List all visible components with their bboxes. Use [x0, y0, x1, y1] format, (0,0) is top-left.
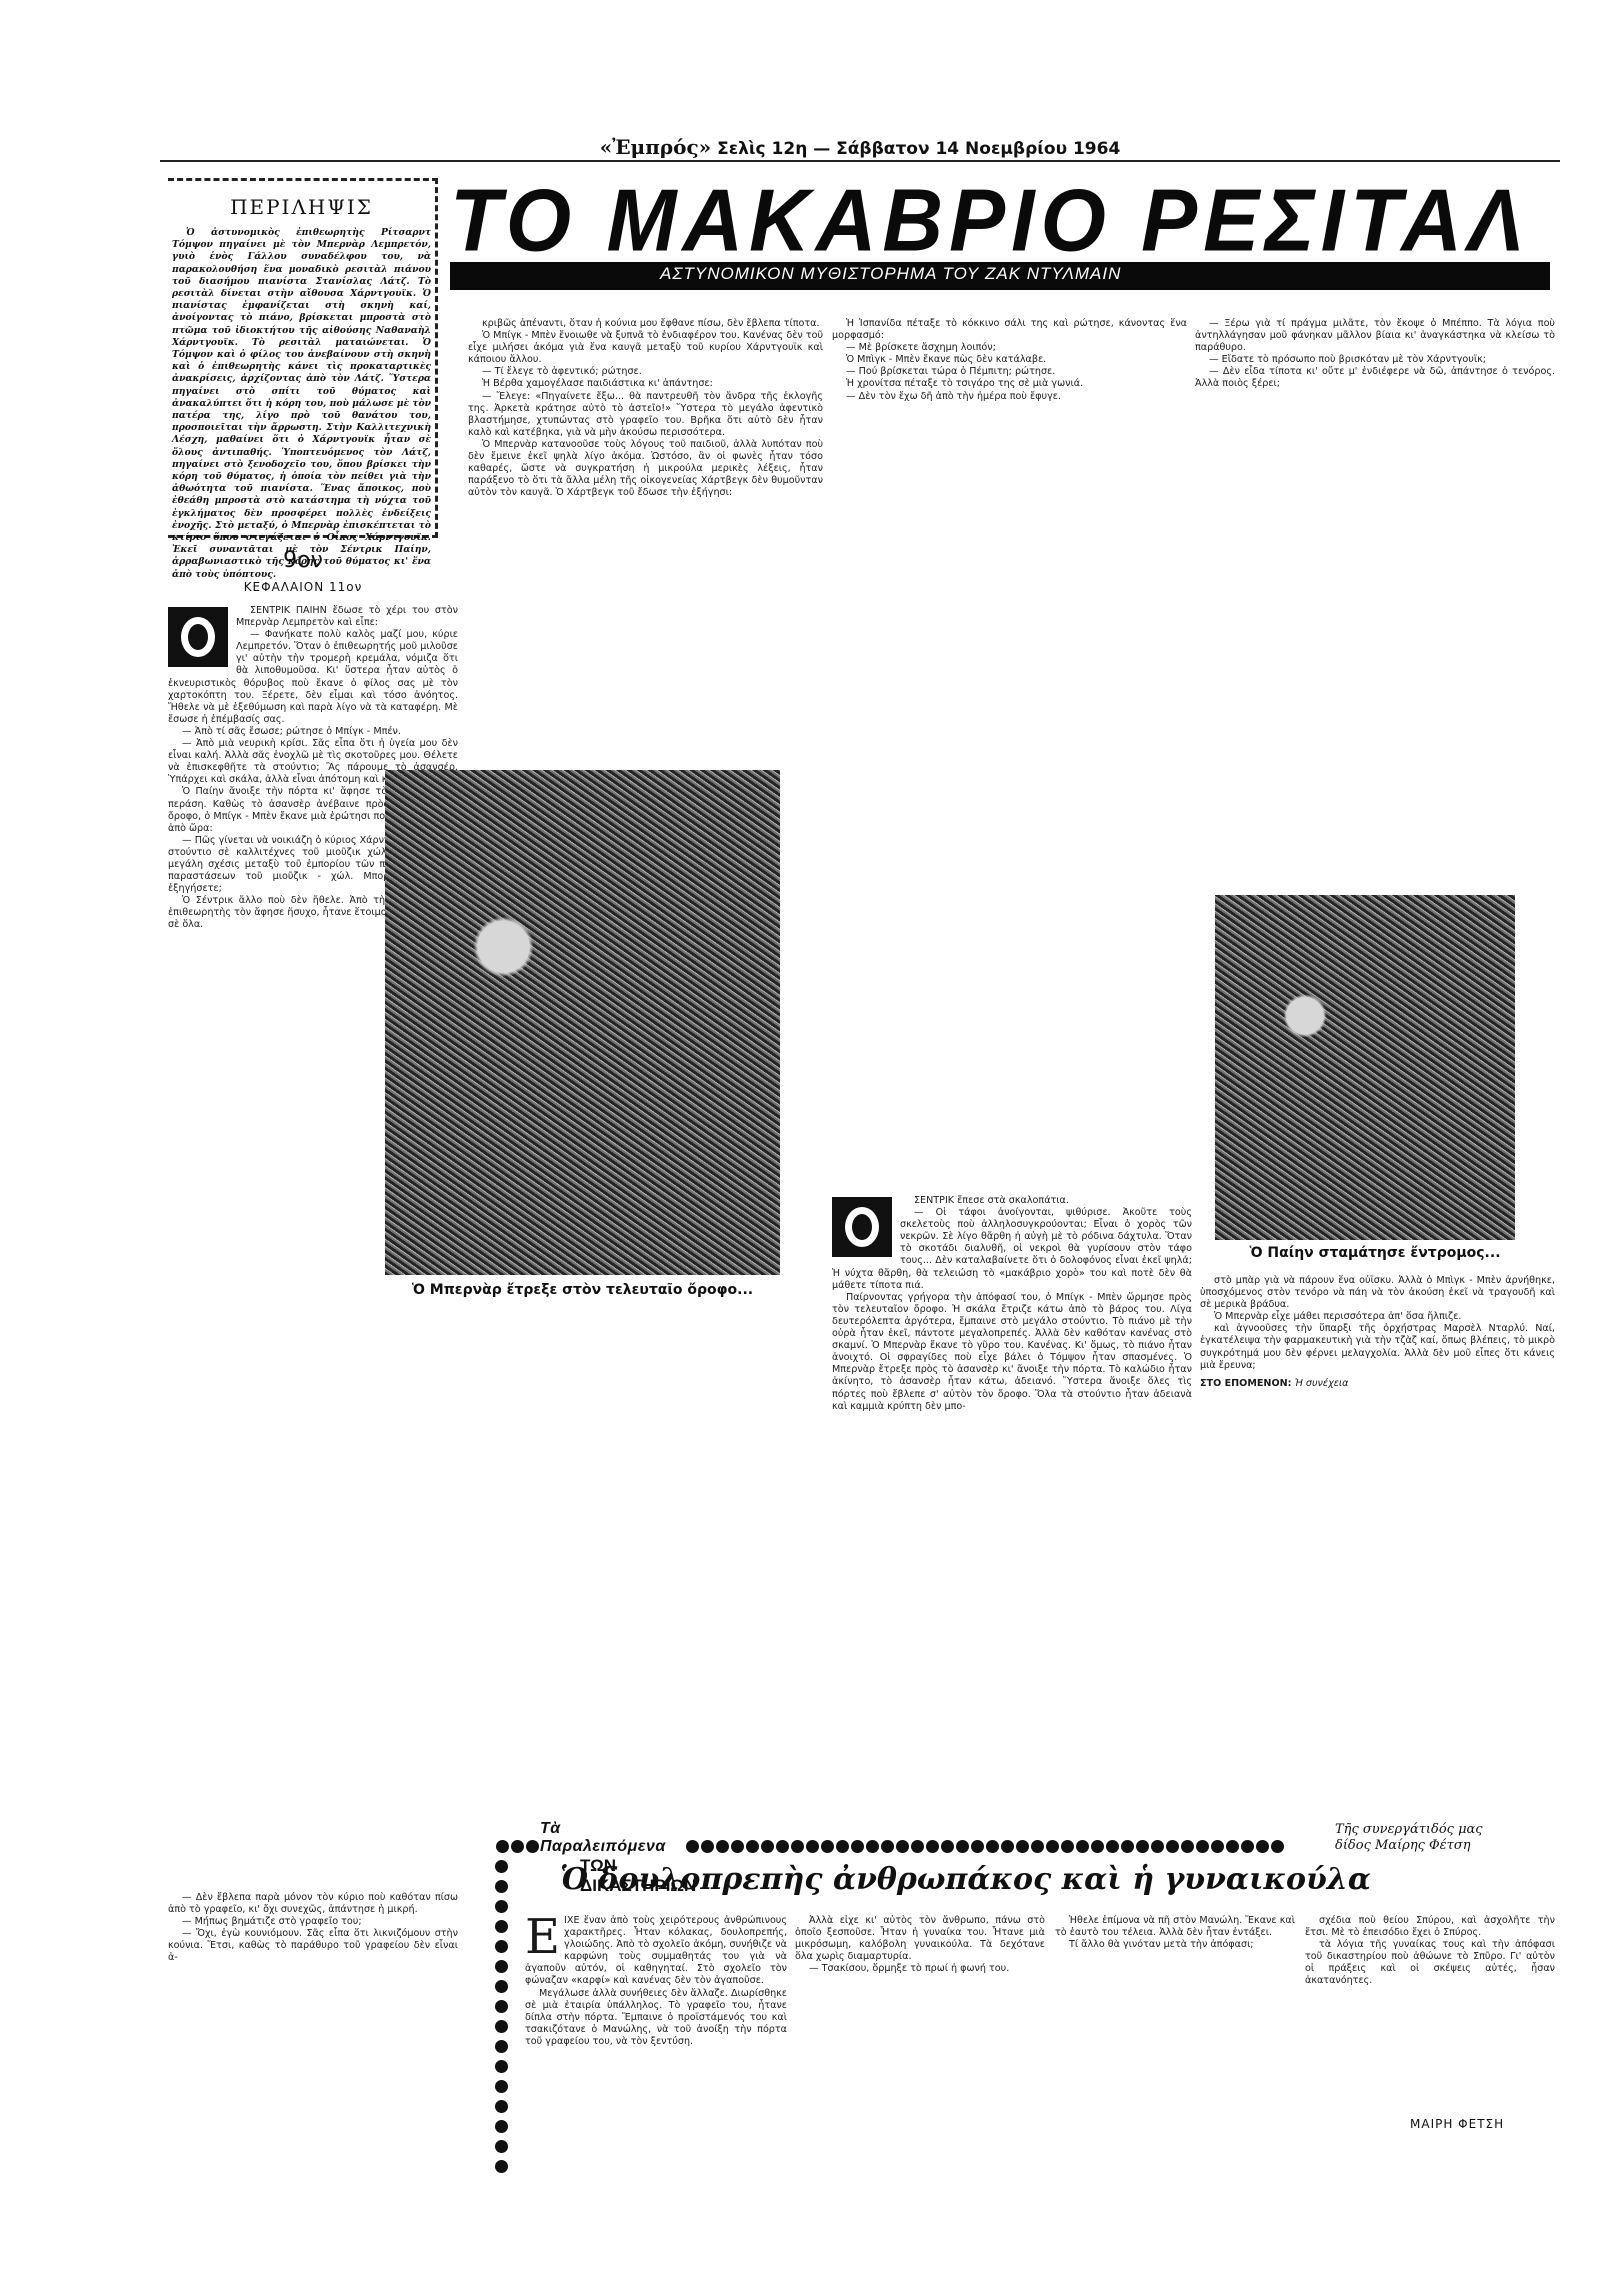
paragraph: — Ὄχι, ἐγὼ κουνιόμουν. Σᾶς εἶπα ὅτι λικν…	[168, 1928, 458, 1964]
dot-icon	[495, 2060, 508, 2073]
byline-line1: Τῆς συνεργάτιδός μας	[1335, 1822, 1483, 1838]
courts-column-1: Ε ΙΧΕ ἕναν ἀπὸ τοὺς χειρότερους ἀνθρώπιν…	[525, 1915, 787, 2175]
story-column-2: κριβῶς ἀπέναντι, ὅταν ἡ κούνια μου ἔφθαν…	[468, 318, 823, 758]
paragraph: Ἀλλὰ εἶχε κι' αὐτὸς τὸν ἄνθρωπο, πάνω στ…	[795, 1915, 1045, 1963]
paragraph: — Δὲν εἶδα τίποτα κι' οὔτε μ' ἐνδιέφερε …	[1195, 366, 1555, 390]
dot-icon	[495, 1960, 508, 1973]
courts-column-4: σχέδια ποὺ θείου Σπύρου, καὶ ἀσχολῆτε τὴ…	[1305, 1915, 1555, 2115]
dot-icon	[495, 2080, 508, 2093]
paragraph: — Δὲν τὸν ἔχω δῆ ἀπὸ τὴν ἡμέρα ποὺ ἔφυγε…	[832, 391, 1187, 403]
paragraph: Ὁ Μπίγκ - Μπὲν ἔνοιωθε νὰ ξυπνᾶ τὸ ἐνδια…	[468, 330, 823, 366]
paragraph: — Εἴδατε τὸ πρόσωπο ποὺ βρισκόταν μὲ τὸν…	[1195, 354, 1555, 366]
paragraph: Ὁ Μπὶγκ - Μπὲν ἔκανε πὼς δὲν κατάλαβε.	[832, 354, 1187, 366]
issue-date: Σάββατον 14 Νοεμβρίου 1964	[836, 139, 1120, 159]
paragraph: — Πού βρίσκεται τώρα ὁ Πέμπιτη; ρώτησε.	[832, 366, 1187, 378]
paragraph: τὰ λόγια τῆς γυναίκας τους καὶ τὴν ἀπόφα…	[1305, 1939, 1555, 1987]
paragraph: Μεγάλωσε ἀλλὰ συνήθειες δὲν ἄλλαζε. Διωρ…	[525, 1988, 787, 2048]
next-label: ΣΤΟ ΕΠΟΜΕΝΟΝ:	[1200, 1378, 1291, 1389]
next-text: Ἡ συνέχεια	[1295, 1378, 1349, 1389]
paragraph: — Τί ἔλεγε τὸ ἀφεντικό; ρώτησε.	[468, 366, 823, 378]
dot-icon	[495, 1900, 508, 1913]
illustration-stairs-image	[385, 770, 780, 1275]
masthead-rule	[160, 160, 1560, 162]
chapter-label: ΚΕΦΑΛΑΙΟΝ 11ον	[168, 580, 438, 594]
paragraph: — Ἀπὸ τί σᾶς ἔσωσε; ρώτησε ὁ Μπίγκ - Μπέ…	[168, 726, 458, 738]
dot-icon	[495, 2000, 508, 2013]
story-column-5: ΣΕΝΤΡΙΚ ἔπεσε στὰ σκαλοπάτια. — Οἱ τάφοι…	[832, 1195, 1192, 1795]
paragraph: Ὁ Μπερνὰρ κατανοοῦσε τοὺς λόγους τοῦ παι…	[468, 439, 823, 499]
courts-column-2: Ἀλλὰ εἶχε κι' αὐτὸς τὸν ἄνθρωπο, πάνω στ…	[795, 1915, 1045, 2175]
author-signature: ΜΑΙΡΗ ΦΕΤΣΗ	[1410, 2117, 1504, 2131]
paragraph: κριβῶς ἀπέναντι, ὅταν ἡ κούνια μου ἔφθαν…	[468, 318, 823, 330]
masthead-separator: —	[813, 139, 830, 159]
courts-logo-line1: Τὰ Παραλειπόμενα	[540, 1820, 670, 1856]
newspaper-name: «Ἐμπρός»	[600, 135, 711, 159]
paragraph: — Ἔλεγε: «Πηγαίνετε ἔξω... θὰ παντρευθῆ …	[468, 391, 823, 439]
paragraph: — Μήπως βημάτιζε στὸ γραφεῖο του;	[168, 1916, 458, 1928]
paragraph: καὶ ἀγνοοῦσες τὴν ὕπαρξι τῆς ὀρχήστρας Μ…	[1200, 1323, 1555, 1371]
illustration-stairs	[385, 770, 780, 1275]
caption-left-image: Ὁ Μπερνὰρ ἔτρεξε στὸν τελευταῖο ὄροφο...	[385, 1282, 780, 1298]
dot-icon	[495, 2100, 508, 2113]
paragraph: Τί ἄλλο θὰ γινόταν μετὰ τὴν ἀπόφασι;	[1055, 1939, 1295, 1951]
dot-icon	[495, 2040, 508, 2053]
courts-article-title: Ὁ δουλοπρεπὴς ἀνθρωπάκος καὶ ἡ γυναικούλ…	[560, 1862, 1371, 1897]
story-column-6: στὸ μπὰρ γιὰ νὰ πάρουν ἕνα οὐΐσκυ. Ἀλλὰ …	[1200, 1275, 1555, 1795]
dot-icon	[495, 2160, 508, 2173]
courts-byline: Τῆς συνεργάτιδός μας δίδος Μαίρης Φέτση	[1335, 1822, 1483, 1854]
paragraph: Ἡ Βέρθα χαμογέλασε παιδιάστικα κι' ἀπάντ…	[468, 378, 823, 390]
installment-number: 9ον	[168, 548, 438, 573]
illustration-man-image	[1215, 895, 1515, 1240]
summary-heading: ΠΕΡΙΛΗΨΙΣ	[172, 195, 431, 219]
dot-icon	[495, 1880, 508, 1893]
paragraph: — Μὲ βρίσκετε ἄσχημη λοιπόν;	[832, 342, 1187, 354]
byline-line2: δίδος Μαίρης Φέτση	[1335, 1838, 1483, 1854]
courts-dots-row	[685, 1838, 1325, 1857]
paragraph: Ὁ Μπερνὰρ εἶχε μάθει περισσότερα ἀπ' ὅσα…	[1200, 1311, 1555, 1323]
paragraph: Ἡ χρονίτσα πέταξε τὸ τσιγάρο της σὲ μιὰ …	[832, 378, 1187, 390]
paragraph: Παίρνοντας γρήγορα τὴν ἀπόφασί του, ὁ Μπ…	[832, 1292, 1192, 1413]
dot-icon	[495, 2120, 508, 2133]
serial-title-banner: ΤΟ ΜΑΚΑΒΡΙΟ ΡΕΣΙΤΑΛ ΑΣΤΥΝΟΜΙΚΟΝ ΜΥΘΙΣΤΟΡ…	[450, 180, 1555, 278]
courts-dots-left	[495, 1838, 540, 1857]
dropcap-e: Ε	[525, 1915, 560, 1959]
illustration-man	[1215, 895, 1515, 1240]
next-installment: ΣΤΟ ΕΠΟΜΕΝΟΝ: Ἡ συνέχεια	[1200, 1378, 1555, 1390]
paragraph: — Τσακίσου, ὅρμηξε τὸ πρωί ἡ φωνή του.	[795, 1963, 1045, 1975]
paragraph: Ἡ Ἰσπανίδα πέταξε τὸ κόκκινο σάλι της κα…	[832, 318, 1187, 342]
dot-icon	[495, 1860, 508, 1873]
courts-column-3: Ἡθελε ἐπίμονα νὰ πῆ στὸν Μανώλη. Ἔκανε κ…	[1055, 1915, 1295, 2175]
dot-icon	[495, 1980, 508, 1993]
paragraph: — Ξέρω γιὰ τί πράγμα μιλᾶτε, τὸν ἔκοψε ὁ…	[1195, 318, 1555, 354]
caption-right-image: Ὁ Παίην σταμάτησε ἔντρομος...	[1195, 1245, 1555, 1261]
dropcap-o-icon	[832, 1197, 892, 1257]
story-column-4: — Ξέρω γιὰ τί πράγμα μιλᾶτε, τὸν ἔκοψε ὁ…	[1195, 318, 1555, 888]
story-column-3: Ἡ Ἰσπανίδα πέταξε τὸ κόκκινο σάλι της κα…	[832, 318, 1187, 1188]
paragraph: ΙΧΕ ἕναν ἀπὸ τοὺς χειρότερους ἀνθρώπινου…	[525, 1915, 787, 1988]
summary-text: Ὁ ἀστυνομικὸς ἐπιθεωρητὴς Ρίτσαρντ Τόμψο…	[172, 227, 431, 581]
dropcap-o-icon	[168, 607, 228, 667]
paragraph: — Δὲν ἔβλεπα παρὰ μόνον τὸν κύριο ποὺ κα…	[168, 1892, 458, 1916]
serial-title: ΤΟ ΜΑΚΑΒΡΙΟ ΡΕΣΙΤΑΛ	[450, 178, 1550, 262]
dot-icon	[495, 2140, 508, 2153]
serial-subtitle: ΑΣΤΥΝΟΜΙΚΟΝ ΜΥΘΙΣΤΟΡΗΜΑ ΤΟΥ ΖΑΚ ΝΤΥΛΜΑΙΝ	[660, 264, 1121, 284]
paragraph: Ἡθελε ἐπίμονα νὰ πῆ στὸν Μανώλη. Ἔκανε κ…	[1055, 1915, 1295, 1939]
dot-icon	[495, 1940, 508, 1953]
page-number: Σελὶς 12η	[717, 139, 807, 159]
paragraph: σχέδια ποὺ θείου Σπύρου, καὶ ἀσχολῆτε τὴ…	[1305, 1915, 1555, 1939]
masthead: «Ἐμπρός» Σελὶς 12η — Σάββατον 14 Νοεμβρί…	[160, 135, 1560, 159]
paragraph: στὸ μπὰρ γιὰ νὰ πάρουν ἕνα οὐΐσκυ. Ἀλλὰ …	[1200, 1275, 1555, 1311]
dot-icon	[495, 2020, 508, 2033]
dot-icon	[495, 1920, 508, 1933]
summary-box: ΠΕΡΙΛΗΨΙΣ Ὁ ἀστυνομικὸς ἐπιθεωρητὴς Ρίτσ…	[168, 178, 438, 538]
